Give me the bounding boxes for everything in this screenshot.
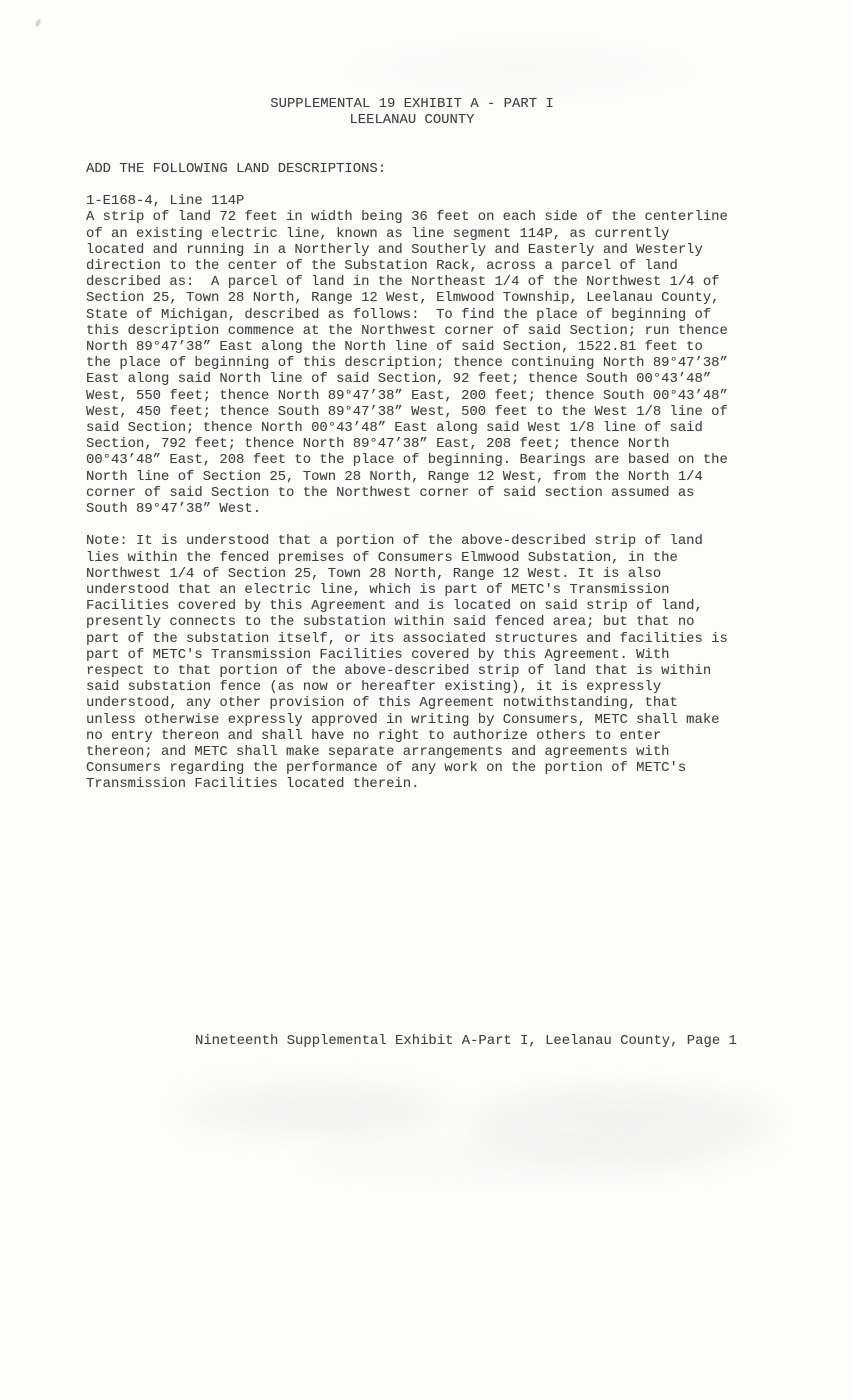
instruction-heading: ADD THE FOLLOWING LAND DESCRIPTIONS: [86, 161, 746, 177]
scan-artifact-smudge [470, 1090, 770, 1165]
spacer [86, 517, 746, 533]
scan-artifact-smudge [300, 1140, 720, 1180]
title-line-2: LEELANAU COUNTY [86, 112, 738, 128]
document-body: SUPPLEMENTAL 19 EXHIBIT A - PART I LEELA… [86, 96, 746, 793]
scanned-document-page: SUPPLEMENTAL 19 EXHIBIT A - PART I LEELA… [0, 0, 850, 1400]
page-footer: Nineteenth Supplemental Exhibit A-Part I… [195, 1033, 737, 1049]
spacer [86, 177, 746, 193]
scan-artifact-smudge [180, 1082, 440, 1137]
title-line-1: SUPPLEMENTAL 19 EXHIBIT A - PART I [86, 96, 738, 112]
spacer [86, 128, 746, 160]
land-description-id: 1-E168-4, Line 114P [86, 193, 746, 209]
document-title: SUPPLEMENTAL 19 EXHIBIT A - PART I LEELA… [86, 96, 738, 128]
land-description-text: A strip of land 72 feet in width being 3… [86, 209, 746, 517]
note-paragraph: Note: It is understood that a portion of… [86, 533, 746, 792]
scan-artifact-mark [35, 19, 41, 28]
